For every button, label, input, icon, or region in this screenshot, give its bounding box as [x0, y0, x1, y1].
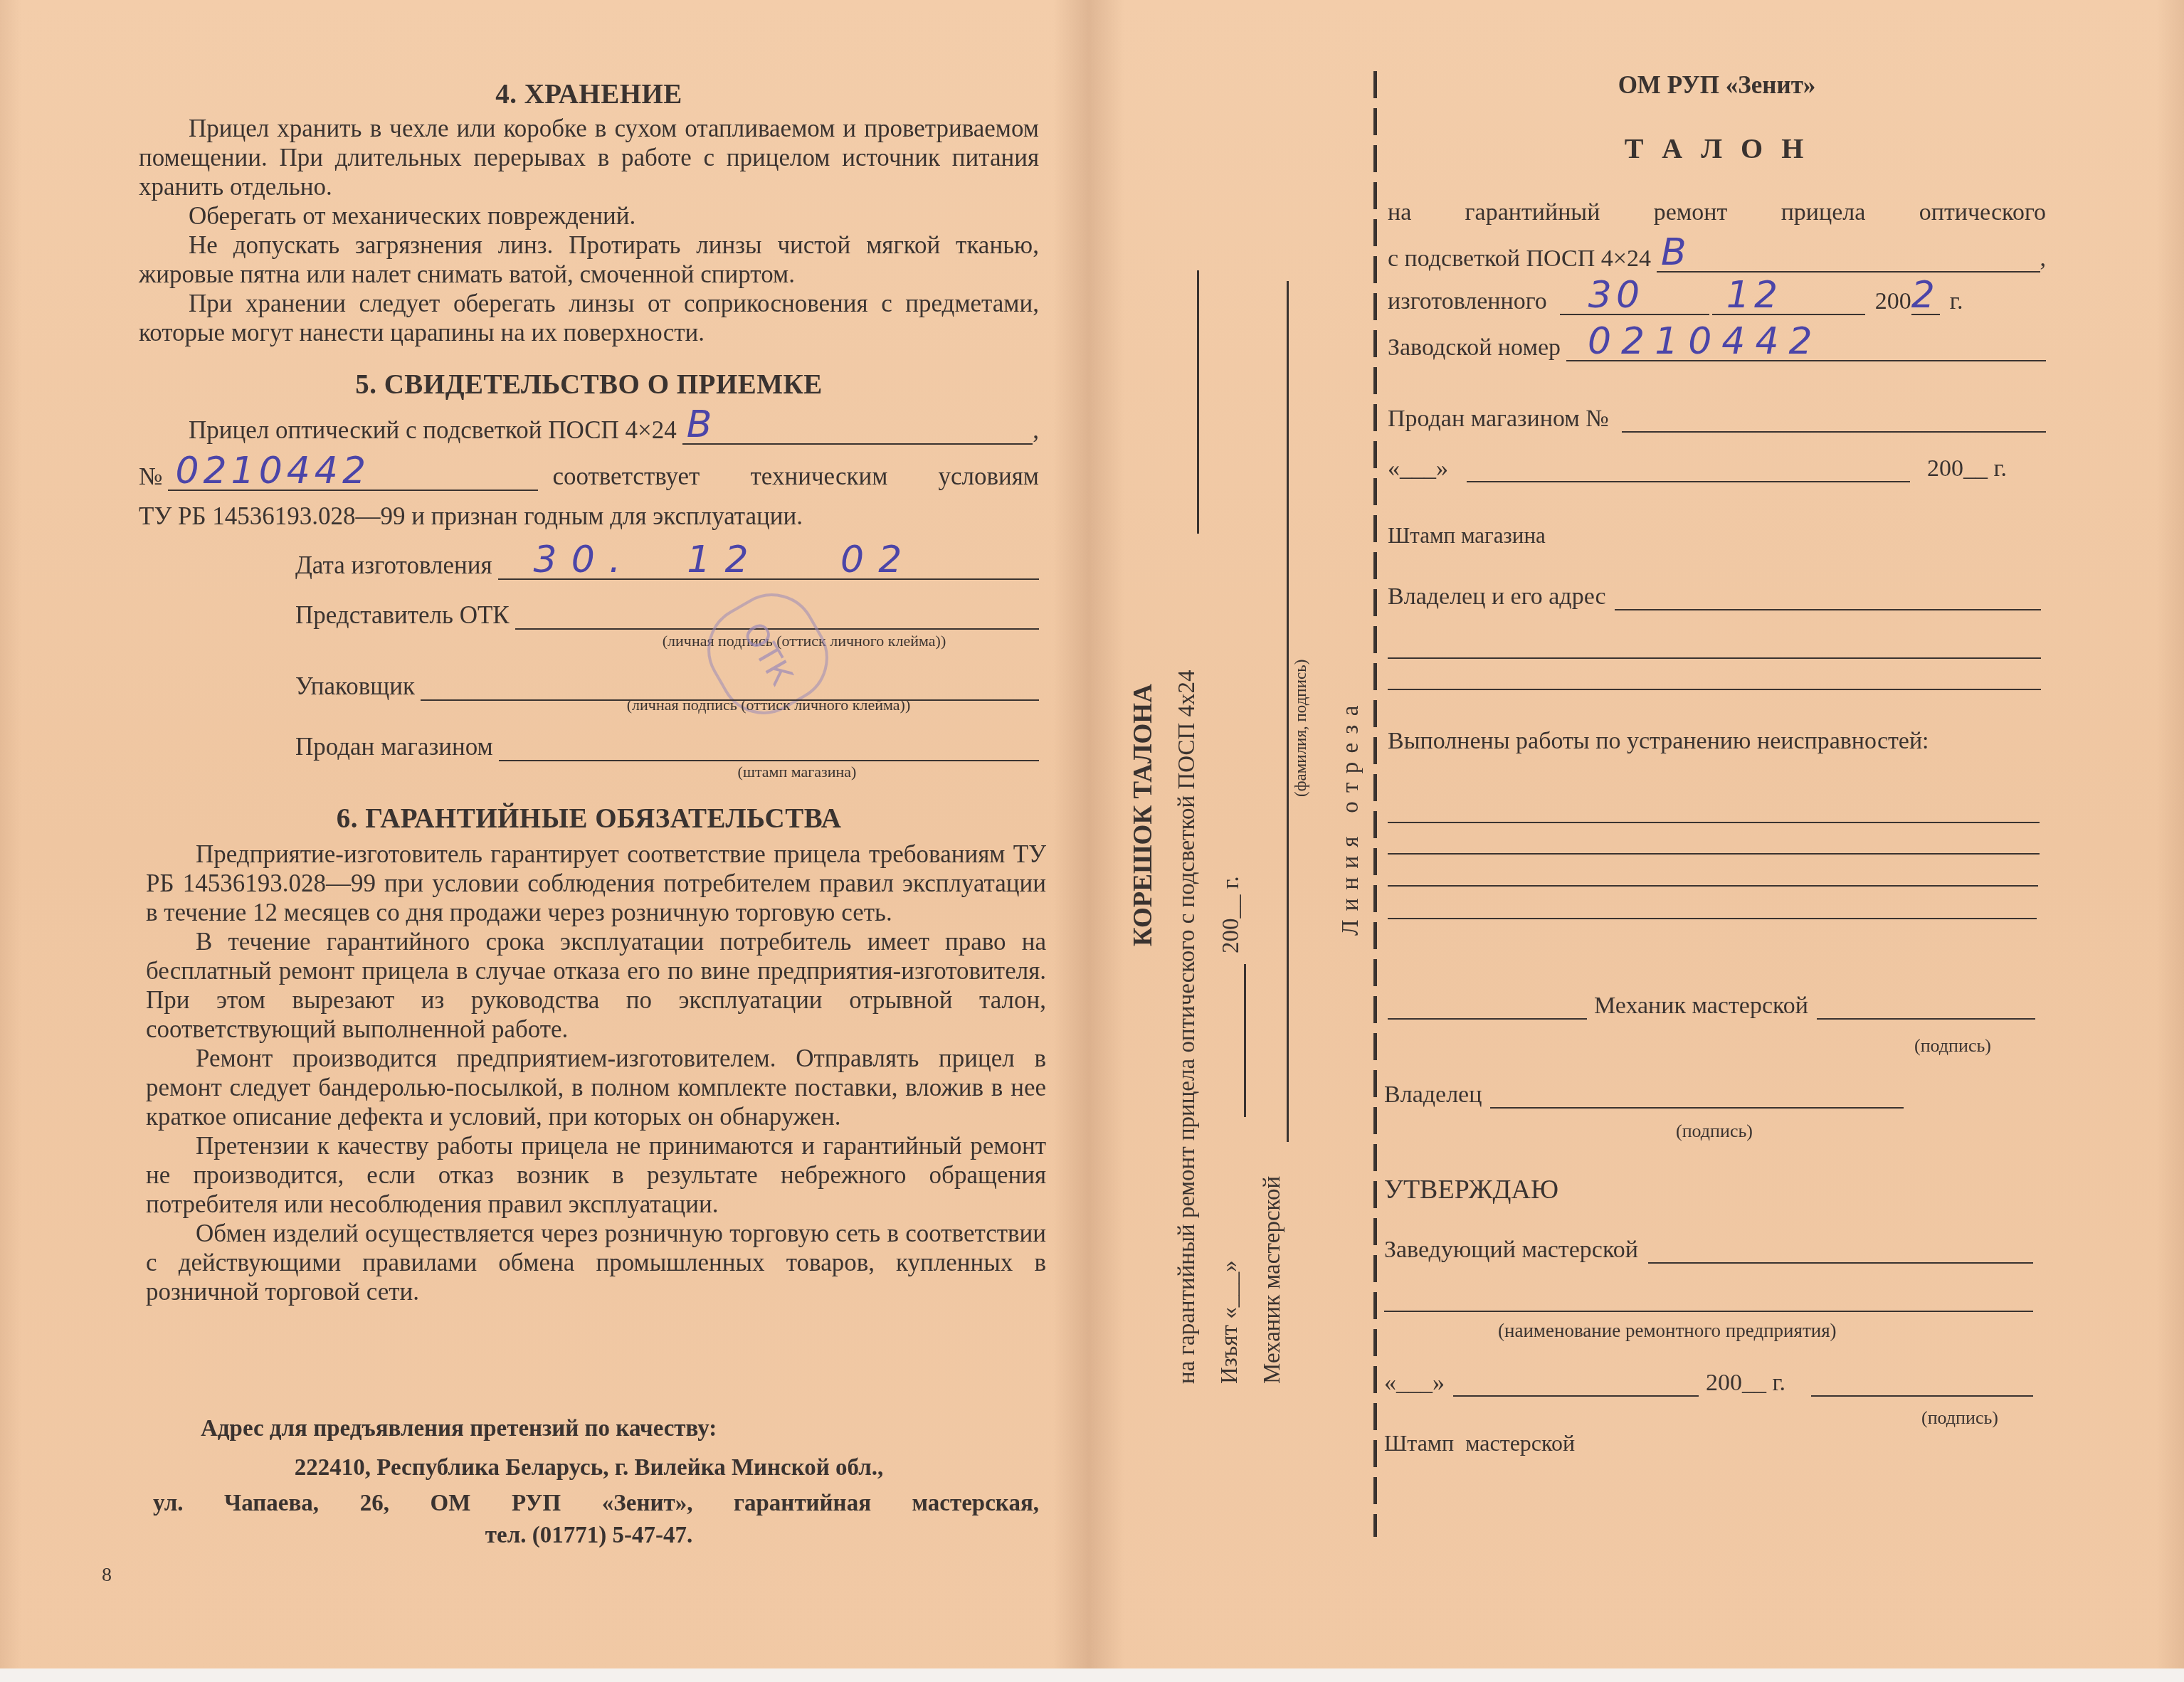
packer-label: Упаковщик	[295, 672, 415, 701]
address-line-1: 222410, Республика Беларусь, г. Вилейка …	[139, 1455, 1039, 1481]
stub-year-label: 200__ г.	[1218, 876, 1245, 953]
product-field: Прицел оптический с подсветкой ПОСП 4×24…	[189, 416, 1039, 445]
section-6-body: Предприятие-изготовитель гарантирует соо…	[146, 840, 1046, 1306]
handwritten-date: 30. 12 02	[534, 539, 917, 581]
address-heading: Адрес для предъявления претензий по каче…	[201, 1416, 717, 1442]
section-5-title: 5. СВИДЕТЕЛЬСТВО О ПРИЕМКЕ	[139, 369, 1039, 401]
owner-signature-hint: (подпись)	[1676, 1121, 1753, 1142]
handwritten-serial: 0210442	[175, 450, 370, 492]
coupon-serial-field: Заводской номер 0210442	[1388, 334, 2046, 361]
coupon-sold-field: Продан магазином №	[1388, 406, 2046, 433]
workshop-stamp-label: Штамп мастерской	[1384, 1430, 1575, 1456]
paragraph: Прицел хранить в чехле или коробке в сух…	[139, 114, 1039, 201]
shop-number-input[interactable]	[1622, 410, 2046, 433]
paragraph: Не допускать загрязнения линз. Протирать…	[139, 231, 1039, 289]
handwritten-month: 12	[1726, 274, 1782, 317]
sold-field: Продан магазином	[295, 733, 1039, 761]
coupon-intro: на гарантийный ремонт прицела оптическог…	[1388, 199, 2046, 226]
paragraph: Оберегать от механических повреждений.	[139, 201, 1039, 231]
section-6-title: 6. ГАРАНТИЙНЫЕ ОБЯЗАТЕЛЬСТВА	[139, 803, 1039, 835]
number-label: №	[139, 462, 162, 491]
conformity-text: соответствует техническим условиям	[552, 462, 1039, 491]
coupon-variant-input[interactable]: В	[1657, 250, 2040, 273]
enterprise-hint: (наименование ремонтного предприятия)	[1498, 1320, 1837, 1342]
paragraph: Претензии к качеству работы прицела не п…	[146, 1131, 1046, 1219]
works-line-4[interactable]	[1388, 918, 2037, 919]
date-year: 200__ г.	[1927, 455, 2007, 482]
section-4-title: 4. ХРАНЕНИЕ	[139, 78, 1039, 110]
paragraph: Предприятие-изготовитель гарантирует соо…	[146, 840, 1046, 927]
cut-line	[1373, 71, 1377, 1537]
handwritten-variant: В	[687, 403, 717, 446]
serial-number-input[interactable]: 0210442	[168, 468, 538, 491]
sold-hint: (штамп магазина)	[683, 763, 911, 781]
stub-withdrawn-label: Изъят «___»	[1217, 1260, 1243, 1384]
enterprise-name-input[interactable]	[1384, 1311, 2033, 1312]
scan-edge	[0, 1668, 2184, 1682]
owner-field: Владелец	[1384, 1081, 1904, 1109]
coupon-product-field: с подсветкой ПОСП 4×24 В,	[1388, 245, 2046, 273]
coupon-sold-label: Продан магазином №	[1388, 406, 1609, 433]
stub-date-line[interactable]	[1244, 964, 1246, 1117]
stub-mechanic-line[interactable]	[1287, 281, 1289, 1142]
stub-title: КОРЕШОК ТАЛОНА	[1128, 684, 1159, 946]
date-field: Дата изготовления 30. 12 02	[295, 551, 1039, 580]
mechanic-signature-input[interactable]	[1817, 997, 2035, 1020]
owner-address-input[interactable]	[1615, 588, 2041, 610]
packer-hint: (личная подпись (оттиск личного клейма))	[569, 696, 968, 714]
owner-address-line-3[interactable]	[1388, 689, 2041, 690]
owner-address-line-2[interactable]	[1388, 657, 2041, 659]
owner-address-label: Владелец и его адрес	[1388, 583, 1606, 610]
paragraph: Ремонт производится предприятием-изготов…	[146, 1044, 1046, 1131]
sold-date-input[interactable]	[1467, 460, 1910, 482]
workshop-signature-input[interactable]	[1811, 1374, 2033, 1397]
otk-label: Представитель ОТК	[295, 601, 510, 630]
approve-label: УТВЕРЖДАЮ	[1384, 1174, 1558, 1205]
stub-subtitle: на гарантийный ремонт прицела оптическог…	[1174, 670, 1201, 1384]
paragraph: При хранении следует оберегать линзы от …	[139, 289, 1039, 347]
coupon-sold-date-field: «___» 200__ г.	[1388, 455, 2007, 482]
head-label: Заведующий мастерской	[1384, 1237, 1638, 1264]
date-label: Дата изготовления	[295, 551, 492, 580]
coupon-serial-label: Заводской номер	[1388, 334, 1561, 361]
date-quote: «___»	[1388, 455, 1448, 482]
made-day-input[interactable]: 30	[1560, 292, 1709, 315]
product-variant-input[interactable]: В	[682, 422, 1033, 445]
owner-signature-input[interactable]	[1490, 1086, 1904, 1109]
works-line-3[interactable]	[1388, 885, 2038, 887]
coupon-org: ОМ РУП «Зенит»	[1384, 71, 2050, 100]
mechanic-label: Механик мастерской	[1594, 993, 1808, 1020]
works-line-1[interactable]	[1388, 822, 2040, 823]
paragraph: Обмен изделий осуществляется через розни…	[146, 1219, 1046, 1306]
address-line-3: тел. (01771) 5-47-47.	[139, 1523, 1039, 1549]
paragraph: В течение гарантийного срока эксплуатаци…	[146, 927, 1046, 1044]
made-year-input[interactable]: 2	[1911, 292, 1940, 315]
otk-field: Представитель ОТК	[295, 601, 1039, 630]
number-field: № 0210442 соответствует техническим усло…	[139, 462, 1039, 491]
mechanic-name-input[interactable]	[1388, 997, 1587, 1020]
section-4-body: Прицел хранить в чехле или коробке в сух…	[139, 114, 1039, 347]
shop-stamp-label: Штамп магазина	[1388, 523, 1546, 549]
cut-line-label: Л и н и я о т р е з а	[1338, 704, 1364, 936]
conformity-text-2: ТУ РБ 14536193.028—99 и признан годным д…	[139, 502, 1039, 531]
workshop-signature-hint: (подпись)	[1921, 1407, 1998, 1429]
manufacture-date-input[interactable]: 30. 12 02	[498, 557, 1039, 580]
year-suffix: г.	[1950, 288, 1963, 315]
mechanic-signature-hint: (подпись)	[1914, 1035, 1991, 1057]
address-line-2: ул. Чапаева, 26, ОМ РУП «Зенит», гаранти…	[153, 1491, 1039, 1517]
stub-model-line[interactable]	[1197, 270, 1199, 534]
coupon-title: Т А Л О Н	[1384, 132, 2050, 165]
handwritten-year: 2	[1911, 274, 1939, 317]
workshop-date-field: «___» 200__ г.	[1384, 1370, 2033, 1397]
head-signature-input[interactable]	[1648, 1241, 2033, 1264]
works-line-2[interactable]	[1388, 853, 2040, 855]
handwritten-variant: В	[1661, 231, 1691, 274]
coupon-serial-input[interactable]: 0210442	[1566, 339, 2046, 361]
coupon-product-label: с подсветкой ПОСП 4×24	[1388, 245, 1651, 273]
stub-mechanic-hint: (фамилия, подпись)	[1292, 660, 1310, 797]
handwritten-day: 30	[1588, 274, 1644, 317]
page-number: 8	[102, 1564, 112, 1587]
works-label: Выполнены работы по устранению неисправн…	[1388, 726, 2041, 757]
made-year-prefix: 200	[1875, 288, 1911, 315]
owner-address-field: Владелец и его адрес	[1388, 583, 2041, 610]
handwritten-serial: 0210442	[1588, 320, 1822, 363]
owner-label: Владелец	[1384, 1081, 1482, 1109]
date-year: 200__ г.	[1706, 1370, 1785, 1397]
sold-label: Продан магазином	[295, 733, 493, 761]
product-label: Прицел оптический с подсветкой ПОСП 4×24	[189, 416, 677, 445]
date-quote: «___»	[1384, 1370, 1445, 1397]
coupon-made-label: изготовленного	[1388, 288, 1547, 315]
stub-mechanic-label: Механик мастерской	[1260, 1176, 1286, 1384]
shop-stamp-input[interactable]	[499, 739, 1039, 761]
workshop-date-input[interactable]	[1453, 1374, 1699, 1397]
mechanic-field: Механик мастерской	[1388, 993, 2035, 1020]
made-month-input[interactable]: 12	[1712, 292, 1865, 315]
coupon-made-field: изготовленного 30 12 200 2 г.	[1388, 288, 2046, 315]
head-field: Заведующий мастерской	[1384, 1237, 2033, 1264]
